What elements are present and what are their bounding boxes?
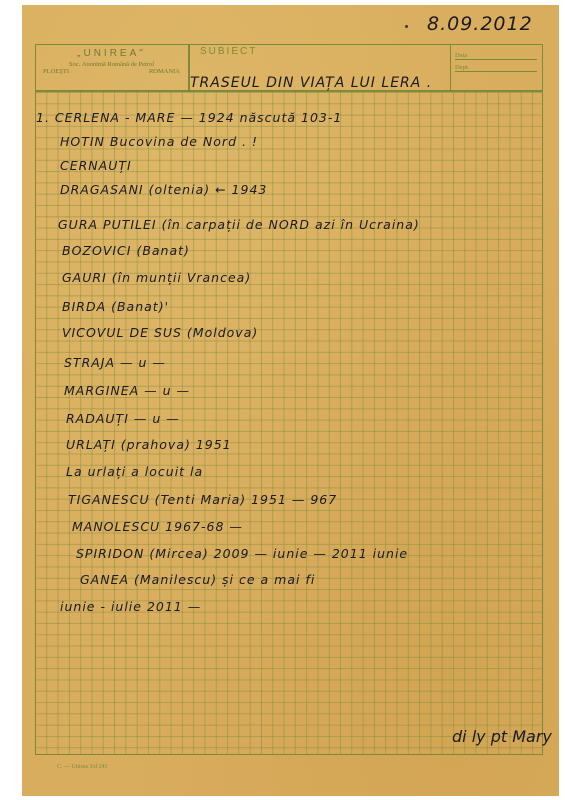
entry-line: TIGANESCU (Tenti Maria) 1951 — 967: [68, 492, 337, 507]
handwritten-title: TRASEUL DIN VIAȚA LUI LERA .: [190, 75, 432, 91]
subject-label: SUBIECT: [200, 46, 257, 57]
handwritten-signature: di ly pt Mary: [452, 727, 552, 746]
date-field-label: Data: [455, 52, 537, 60]
company-location: PLOEŞTI ROMANIA: [35, 68, 188, 75]
company-country: ROMANIA: [149, 68, 180, 75]
company-subtitle: Soc. Anonimă Română de Petrol: [35, 61, 188, 68]
document-page: „UNIREA" Soc. Anonimă Română de Petrol P…: [22, 5, 559, 796]
ink-dot: [405, 25, 408, 28]
dept-field-label: Dept.: [455, 64, 537, 72]
entry-line: La urlați a locuit la: [66, 464, 203, 479]
form-border: [35, 44, 543, 755]
entry-line: VICOVUL DE SUS (Moldova): [62, 325, 258, 340]
entry-line: RADAUȚI — u —: [66, 411, 180, 426]
entry-line: MANOLESCU 1967-68 —: [72, 519, 243, 534]
entry-line: SPIRIDON (Mircea) 2009 — iunie — 2011 iu…: [76, 546, 408, 561]
company-name: „UNIREA": [35, 48, 188, 59]
entry-line: GANEA (Manilescu) și ce a mai fi: [80, 572, 315, 587]
entry-line: BIRDA (Banat)': [62, 299, 169, 314]
entry-line: iunie - iulie 2011 —: [60, 599, 201, 614]
entry-line: CERNAUȚI: [60, 158, 132, 173]
entry-line: GURA PUTILEI (în carpații de NORD azi în…: [58, 217, 420, 232]
entry-line: STRAJA — u —: [64, 355, 166, 370]
form-footer-code: C. — Unirea 3/d 243: [57, 764, 108, 770]
entry-line: 1. CERLENA - MARE — 1924 născută 103-1: [36, 110, 342, 125]
entry-line: BOZOVICI (Banat): [62, 243, 190, 258]
entry-line: MARGINEA — u —: [64, 383, 190, 398]
header-divider: [450, 44, 451, 90]
entry-line: HOTIN Bucovina de Nord . !: [60, 134, 258, 149]
handwritten-date: 8.09.2012: [427, 13, 533, 35]
company-block: „UNIREA" Soc. Anonimă Română de Petrol P…: [35, 48, 188, 75]
entry-line: GAURI (în munții Vrancea): [62, 270, 251, 285]
company-city: PLOEŞTI: [43, 68, 69, 75]
entry-line: DRAGASANI (oltenia) ← 1943: [60, 182, 267, 197]
entry-line: URLAȚI (prahova) 1951: [66, 437, 232, 452]
